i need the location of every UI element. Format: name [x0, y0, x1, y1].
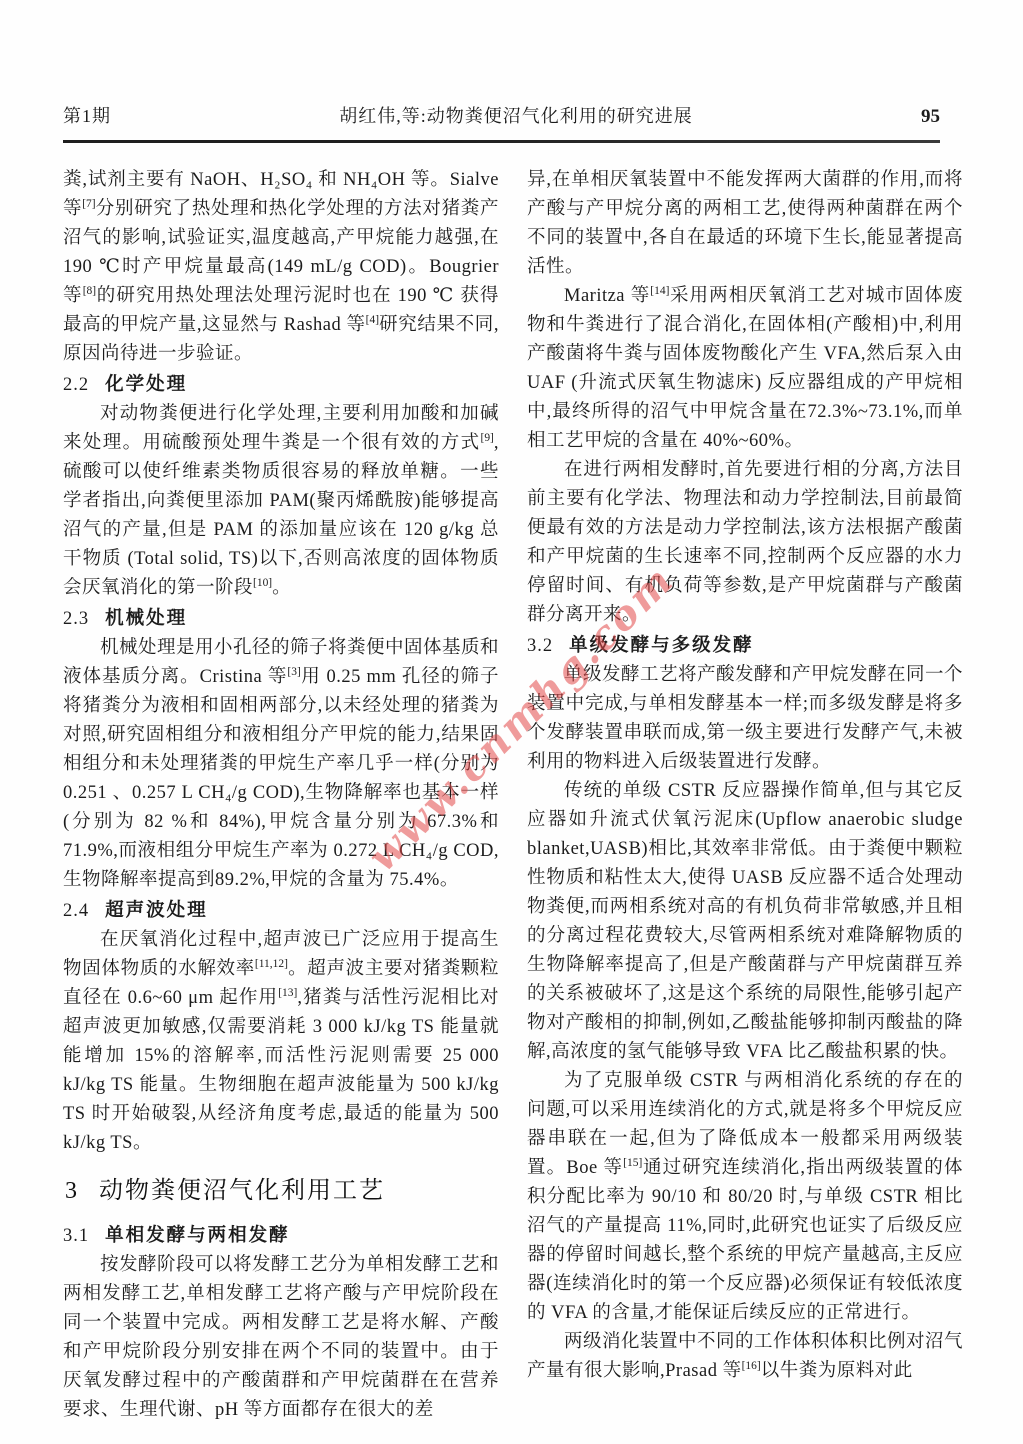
heading-title: 单相发酵与两相发酵 — [105, 1224, 290, 1245]
journal-page: 第1期 胡红伟,等:动物粪便沼气化利用的研究进展 95 粪,试剂主要有 NaOH… — [0, 0, 1023, 1444]
subsection-heading: 3.2单级发酵与多级发酵 — [527, 630, 963, 661]
reference-superscript: [10] — [253, 577, 272, 589]
paragraph: 单级发酵工艺将产酸发酵和产甲烷发酵在同一个装置中完成,与单相发酵基本一样;而多级… — [527, 661, 963, 777]
heading-number: 2.3 — [63, 609, 89, 629]
paragraph: 机械处理是用小孔径的筛子将粪便中固体基质和液体基质分离。Cristina 等[3… — [63, 634, 499, 895]
subsection-heading: 2.3机械处理 — [63, 603, 499, 634]
reference-superscript: [4] — [366, 314, 379, 326]
paragraph: 在厌氧消化过程中,超声波已广泛应用于提高生物固体物质的水解效率[11,12]。超… — [63, 926, 499, 1158]
section-heading: 3动物粪便沼气化利用工艺 — [65, 1174, 499, 1208]
reference-superscript: [3] — [287, 666, 300, 678]
paragraph: 在进行两相发酵时,首先要进行相的分离,方法目前主要有化学法、物理法和动力学控制法… — [527, 456, 963, 630]
paragraph: 为了克服单级 CSTR 与两相消化系统的存在的问题,可以采用连续消化的方式,就是… — [527, 1067, 963, 1328]
subsection-heading: 2.4超声波处理 — [63, 895, 499, 926]
heading-title: 单级发酵与多级发酵 — [569, 634, 754, 655]
heading-number: 3.2 — [527, 636, 553, 656]
reference-superscript: [8] — [83, 285, 96, 297]
heading-title: 化学处理 — [105, 373, 187, 394]
article-body: 粪,试剂主要有 NaOH、H₂SO₄ 和 NH₄OH 等。Sialve 等[7]… — [63, 166, 963, 1425]
heading-number: 2.2 — [63, 375, 89, 395]
heading-number: 3.1 — [63, 1226, 89, 1246]
reference-superscript: [11,12] — [255, 958, 288, 970]
paragraph: Maritza 等[14]采用两相厌氧消工艺对城市固体废物和牛粪进行了混合消化,… — [527, 282, 963, 456]
reference-superscript: [7] — [82, 198, 95, 210]
heading-number: 3 — [65, 1178, 77, 1204]
paragraph: 两级消化装置中不同的工作体积体积比例对沼气产量有很大影响,Prasad 等[16… — [527, 1328, 963, 1386]
heading-title: 机械处理 — [105, 607, 187, 628]
page-header: 第1期 胡红伟,等:动物粪便沼气化利用的研究进展 95 — [63, 102, 940, 128]
paragraph: 异,在单相厌氧装置中不能发挥两大菌群的作用,而将产酸与产甲烷分离的两相工艺,使得… — [527, 166, 963, 282]
reference-superscript: [16] — [742, 1360, 761, 1372]
reference-superscript: [9] — [481, 432, 494, 444]
right-column: 异,在单相厌氧装置中不能发挥两大菌群的作用,而将产酸与产甲烷分离的两相工艺,使得… — [527, 166, 963, 1425]
running-title: 胡红伟,等:动物粪便沼气化利用的研究进展 — [111, 102, 921, 128]
paragraph: 粪,试剂主要有 NaOH、H₂SO₄ 和 NH₄OH 等。Sialve 等[7]… — [63, 166, 499, 369]
reference-superscript: [15] — [623, 1157, 642, 1169]
reference-superscript: [13] — [278, 987, 297, 999]
header-rule — [63, 140, 940, 143]
left-column: 粪,试剂主要有 NaOH、H₂SO₄ 和 NH₄OH 等。Sialve 等[7]… — [63, 166, 499, 1425]
paragraph: 对动物粪便进行化学处理,主要利用加酸和加碱来处理。用硫酸预处理牛粪是一个很有效的… — [63, 400, 499, 603]
issue-label: 第1期 — [63, 102, 111, 128]
paragraph: 按发酵阶段可以将发酵工艺分为单相发酵工艺和两相发酵工艺,单相发酵工艺将产酸与产甲… — [63, 1251, 499, 1425]
subsection-heading: 2.2化学处理 — [63, 369, 499, 400]
subsection-heading: 3.1单相发酵与两相发酵 — [63, 1220, 499, 1251]
heading-title: 动物粪便沼气化利用工艺 — [99, 1178, 385, 1204]
heading-number: 2.4 — [63, 901, 89, 921]
page-number: 95 — [921, 106, 940, 128]
heading-title: 超声波处理 — [105, 899, 208, 920]
reference-superscript: [14] — [650, 285, 669, 297]
paragraph: 传统的单级 CSTR 反应器操作简单,但与其它反应器如升流式伏氧污泥床(Upfl… — [527, 777, 963, 1067]
